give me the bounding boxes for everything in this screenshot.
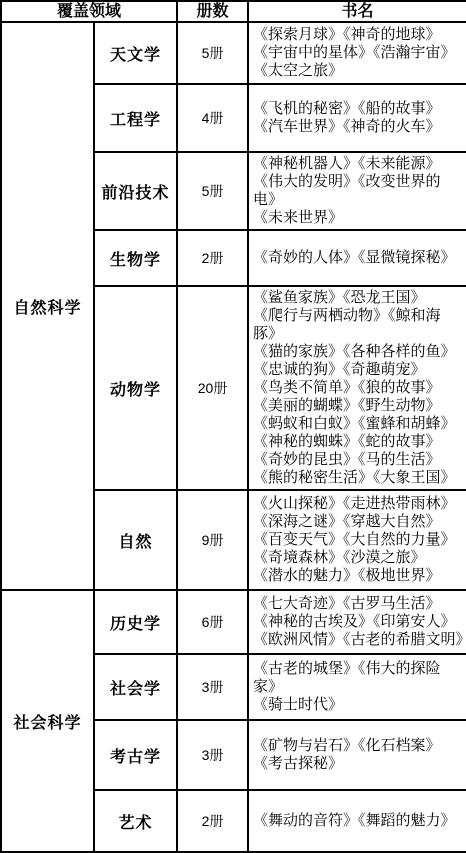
table-row: 社会科学 历史学 6册 《七大奇迹》《古罗马生活》 《神秘的古埃及》《印第安人》… — [1, 590, 466, 654]
table-header-row: 覆盖领域 册数 书名 — [1, 1, 466, 22]
category-cell-zoology: 动物学 — [94, 286, 177, 490]
books-cell-nature: 《火山探秘》《走进热带雨林》 《深海之谜》《穿越大自然》 《百变天气》《大自然的… — [248, 490, 466, 590]
header-volume-count: 册数 — [177, 1, 248, 22]
volume-cell-archaeology: 3册 — [177, 720, 248, 790]
volume-cell-sociology: 3册 — [177, 654, 248, 720]
category-cell-engineering: 工程学 — [94, 84, 177, 152]
volume-cell-nature: 9册 — [177, 490, 248, 590]
volume-cell-zoology: 20册 — [177, 286, 248, 490]
volume-cell-astronomy: 5册 — [177, 22, 248, 84]
category-cell-biology: 生物学 — [94, 230, 177, 286]
category-cell-frontier-technology: 前沿技术 — [94, 152, 177, 230]
volume-cell-history: 6册 — [177, 590, 248, 654]
books-cell-frontier-technology: 《神秘机器人》《未来能源》 《伟大的发明》《改变世界的电》 《未来世界》 — [248, 152, 466, 230]
books-cell-archaeology: 《矿物与岩石》《化石档案》 《考古探秘》 — [248, 720, 466, 790]
category-cell-art: 艺术 — [94, 790, 177, 852]
book-coverage-table: 覆盖领域 册数 书名 自然科学 天文学 5册 《探索月球》《神奇的地球》 《宇宙… — [0, 0, 466, 853]
category-cell-history: 历史学 — [94, 590, 177, 654]
group-cell-social-science: 社会科学 — [1, 590, 94, 852]
books-cell-zoology: 《鲨鱼家族》《恐龙王国》 《爬行与两栖动物》《鲸和海豚》 《猫的家族》《各种各样… — [248, 286, 466, 490]
volume-cell-frontier-technology: 5册 — [177, 152, 248, 230]
header-coverage-area: 覆盖领域 — [1, 1, 177, 22]
books-cell-sociology: 《古老的城堡》《伟大的探险家》 《骑士时代》 — [248, 654, 466, 720]
category-cell-astronomy: 天文学 — [94, 22, 177, 84]
volume-cell-biology: 2册 — [177, 230, 248, 286]
table-row: 自然科学 天文学 5册 《探索月球》《神奇的地球》 《宇宙中的星体》《浩瀚宇宙》… — [1, 22, 466, 84]
volume-cell-engineering: 4册 — [177, 84, 248, 152]
category-cell-archaeology: 考古学 — [94, 720, 177, 790]
books-cell-art: 《舞动的音符》《舞蹈的魅力》 — [248, 790, 466, 852]
header-book-title: 书名 — [248, 1, 466, 22]
books-cell-history: 《七大奇迹》《古罗马生活》 《神秘的古埃及》《印第安人》 《欧洲风情》《古老的希… — [248, 590, 466, 654]
group-cell-natural-science: 自然科学 — [1, 22, 94, 590]
books-cell-biology: 《奇妙的人体》《显微镜探秘》 — [248, 230, 466, 286]
category-cell-sociology: 社会学 — [94, 654, 177, 720]
volume-cell-art: 2册 — [177, 790, 248, 852]
books-cell-engineering: 《飞机的秘密》《船的故事》 《汽车世界》《神奇的火车》 — [248, 84, 466, 152]
category-cell-nature: 自然 — [94, 490, 177, 590]
books-cell-astronomy: 《探索月球》《神奇的地球》 《宇宙中的星体》《浩瀚宇宙》 《太空之旅》 — [248, 22, 466, 84]
